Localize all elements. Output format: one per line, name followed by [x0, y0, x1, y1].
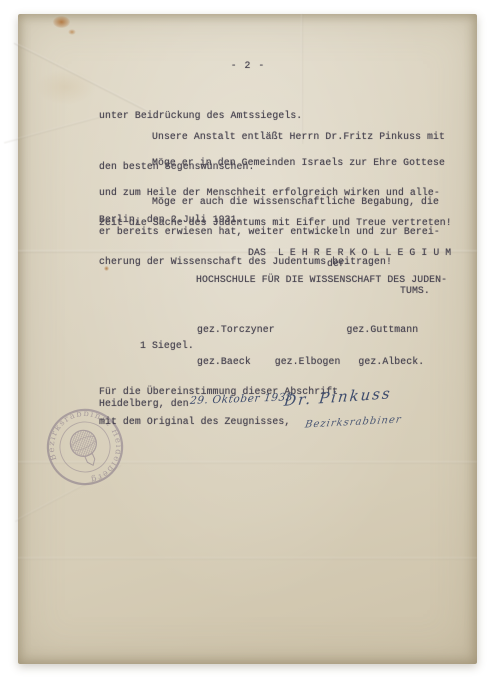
berlin-dateline: Berlin, den 2.Juli 1931.: [99, 215, 243, 225]
body-line: er bereits erwiesen hat, weiter entwicke…: [99, 227, 440, 237]
stamp-shield-emblem: [85, 454, 97, 467]
lehrerkollegium-title: DAS L E H R E R K O L L E G I U M: [248, 248, 451, 258]
rust-stain: [53, 16, 70, 28]
body-line: Möge er in den Gemeinden Israels zur Ehr…: [99, 158, 452, 168]
body-line: Möge er auch die wissenschaftliche Begab…: [99, 197, 440, 207]
document-page: - 2 - unter Beidrückung des Amtssiegels.…: [18, 14, 477, 664]
rust-stain: [68, 29, 76, 35]
rabbinate-seal-stamp: Bezirksrabbinat Heidelberg: [38, 400, 132, 494]
fold-crease: [18, 557, 477, 560]
stamp-orb-emblem: [66, 426, 100, 460]
page-number: - 2 -: [218, 61, 278, 71]
hochschule-name-cont: TUMS.: [400, 286, 430, 296]
hochschule-name: HOCHSCHULE FÜR DIE WISSENSCHAFT DES JUDE…: [196, 275, 447, 285]
siegel-note: 1 Siegel.: [140, 341, 194, 351]
signatories-row: gez.Baeck gez.Elbogen gez.Albeck.: [197, 357, 424, 368]
signatories-row: gez.Torczyner gez.Guttmann: [197, 325, 424, 336]
photo-background: - 2 - unter Beidrückung des Amtssiegels.…: [0, 0, 493, 683]
body-line: cherung der Wissenschaft des Judentums b…: [99, 257, 440, 267]
body-line: mit dem Original des Zeugnisses,: [99, 417, 338, 427]
discoloration-patch: [36, 69, 96, 105]
lehrerkollegium-der: der: [327, 259, 345, 269]
paragraph-blessing-2: Möge er auch die wissenschaftliche Begab…: [99, 177, 440, 287]
